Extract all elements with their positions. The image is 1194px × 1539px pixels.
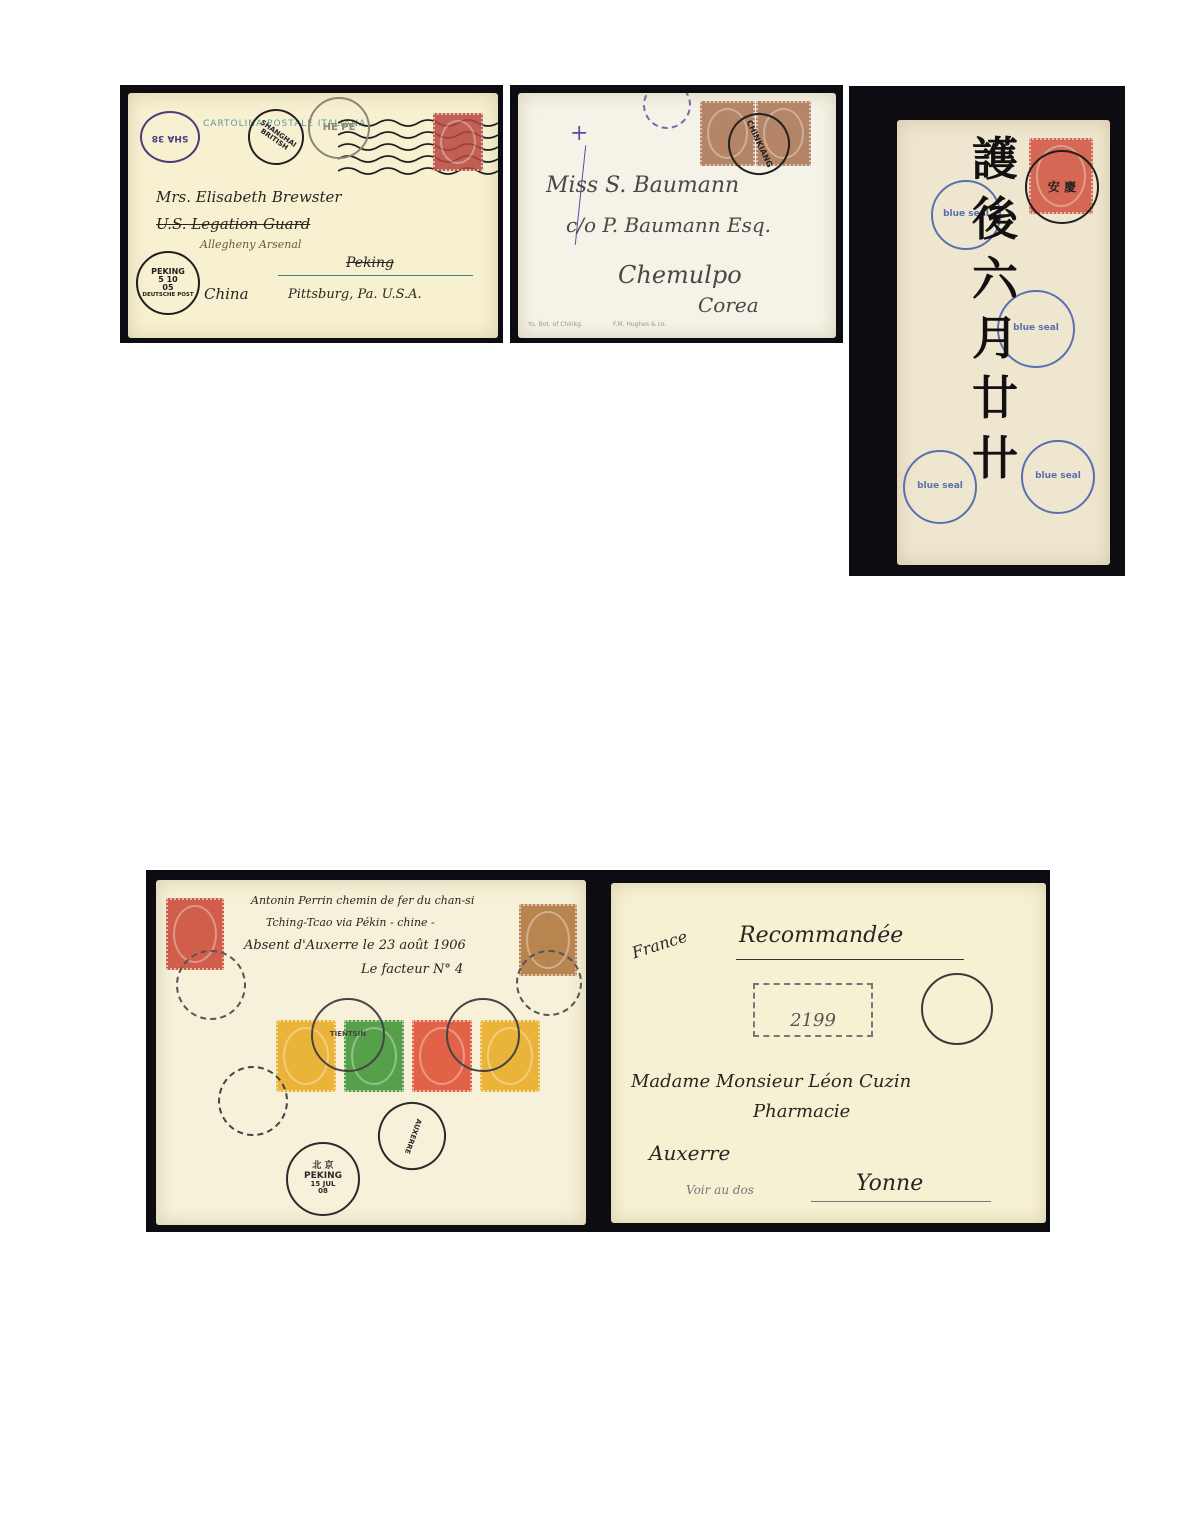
baumann-address-line-4: Corea bbox=[698, 293, 759, 317]
baumann-envelope-paper: CHINKIANG + Miss S. Baumann c/o P. Bauma… bbox=[518, 93, 836, 338]
postmark-peking-15-jul-08: 北 京 PEKING 15 JUL 08 bbox=[286, 1142, 360, 1216]
front-address-line-3: Auxerre bbox=[649, 1141, 730, 1165]
postmark-chinese-dated bbox=[921, 973, 993, 1045]
service-underline bbox=[736, 959, 964, 960]
baumann-address-line-1: Miss S. Baumann bbox=[546, 173, 739, 198]
address-line-1: Mrs. Elisabeth Brewster bbox=[156, 188, 342, 206]
postmark-violet-sha: SHA 38 bbox=[140, 111, 200, 163]
cover-photo-brewster-postcard: CARTOLINA POSTALE ITALIANA HE PE SHANGHA… bbox=[120, 85, 503, 343]
chinese-envelope-paper: 安 慶 blue seal blue seal blue seal blue s… bbox=[897, 120, 1110, 565]
postmark-back-2 bbox=[516, 950, 582, 1016]
perrin-envelope-front: France Recommandée 2199 Madame Monsieur … bbox=[611, 883, 1046, 1223]
postmark-he-pe: HE PE bbox=[308, 97, 370, 159]
sender-note-line-4: Le facteur N° 4 bbox=[361, 962, 463, 977]
calligraphy-char: 六 bbox=[972, 250, 1018, 310]
front-address-line-1: Madame Monsieur Léon Cuzin bbox=[631, 1071, 911, 1092]
sender-note-line-1: Antonin Perrin chemin de fer du chan-si bbox=[251, 894, 474, 907]
calligraphy-column: 護 後 六 月 廿 卄 bbox=[965, 130, 1025, 489]
postmark-violet-receiver bbox=[643, 93, 691, 129]
cover-photo-chinese-vertical-envelope: 安 慶 blue seal blue seal blue seal blue s… bbox=[849, 86, 1125, 576]
address-line-2-struck: U.S. Legation Guard bbox=[156, 215, 310, 233]
baumann-footer-note-1: Yu. Bot. of Chinkg. bbox=[528, 321, 583, 328]
postmark-back-1 bbox=[176, 950, 246, 1020]
postmark-shanghai-british: SHANGHAI BRITISH bbox=[237, 98, 315, 176]
postmark-anking: 安 慶 bbox=[1025, 150, 1099, 224]
postcard-paper: CARTOLINA POSTALE ITALIANA HE PE SHANGHA… bbox=[128, 93, 498, 338]
service-recommandee: Recommandée bbox=[739, 923, 903, 948]
address-underline bbox=[278, 275, 473, 276]
postmark-back-5 bbox=[218, 1066, 288, 1136]
destination-country: France bbox=[629, 927, 689, 963]
registration-number: 2199 bbox=[790, 1010, 836, 1031]
cover-photo-baumann-envelope: CHINKIANG + Miss S. Baumann c/o P. Bauma… bbox=[510, 85, 843, 343]
calligraphy-char: 月 bbox=[972, 309, 1018, 369]
postmark-peking-deutsche-post: PEKING 5 10 05 DEUTSCHE POST bbox=[136, 251, 200, 315]
registration-label: 2199 bbox=[753, 983, 873, 1037]
calligraphy-char: 廿 bbox=[972, 369, 1018, 429]
sender-note-line-2: Tching-Tcao via Pékin - chine - bbox=[266, 916, 435, 929]
perrin-envelope-back: Antonin Perrin chemin de fer du chan-si … bbox=[156, 880, 586, 1225]
cover-photo-perrin-registered: Antonin Perrin chemin de fer du chan-si … bbox=[146, 870, 1050, 1232]
address-line-6: Pittsburg, Pa. U.S.A. bbox=[288, 287, 422, 302]
postmark-auxerre: AUXERRE bbox=[368, 1092, 455, 1179]
sender-note-line-3: Absent d'Auxerre le 23 août 1906 bbox=[244, 938, 466, 953]
postmark-back-4 bbox=[446, 998, 520, 1072]
blue-seal-postmark-4: blue seal bbox=[1021, 440, 1095, 514]
postcard-imprinted-stamp bbox=[433, 113, 483, 171]
front-address-line-4: Yonne bbox=[856, 1171, 923, 1196]
yonne-underline bbox=[811, 1201, 991, 1202]
calligraphy-char: 護 bbox=[972, 130, 1018, 190]
calligraphy-char: 卄 bbox=[972, 429, 1018, 489]
address-line-3: Allegheny Arsenal bbox=[200, 238, 301, 251]
calligraphy-char: 後 bbox=[972, 190, 1018, 250]
address-line-5: China bbox=[204, 285, 249, 303]
postmark-tientsin: TIENTSIN bbox=[311, 998, 385, 1072]
front-note-voir-au-dos: Voir au dos bbox=[686, 1183, 754, 1197]
address-line-4-struck: Peking bbox=[346, 255, 394, 271]
baumann-address-line-3: Chemulpo bbox=[618, 261, 742, 289]
pencil-mark: + bbox=[570, 121, 588, 146]
front-address-line-2: Pharmacie bbox=[753, 1101, 850, 1122]
baumann-footer-note-2: F.M. Hughes & co. bbox=[613, 321, 666, 328]
baumann-address-line-2: c/o P. Baumann Esq. bbox=[566, 213, 771, 237]
